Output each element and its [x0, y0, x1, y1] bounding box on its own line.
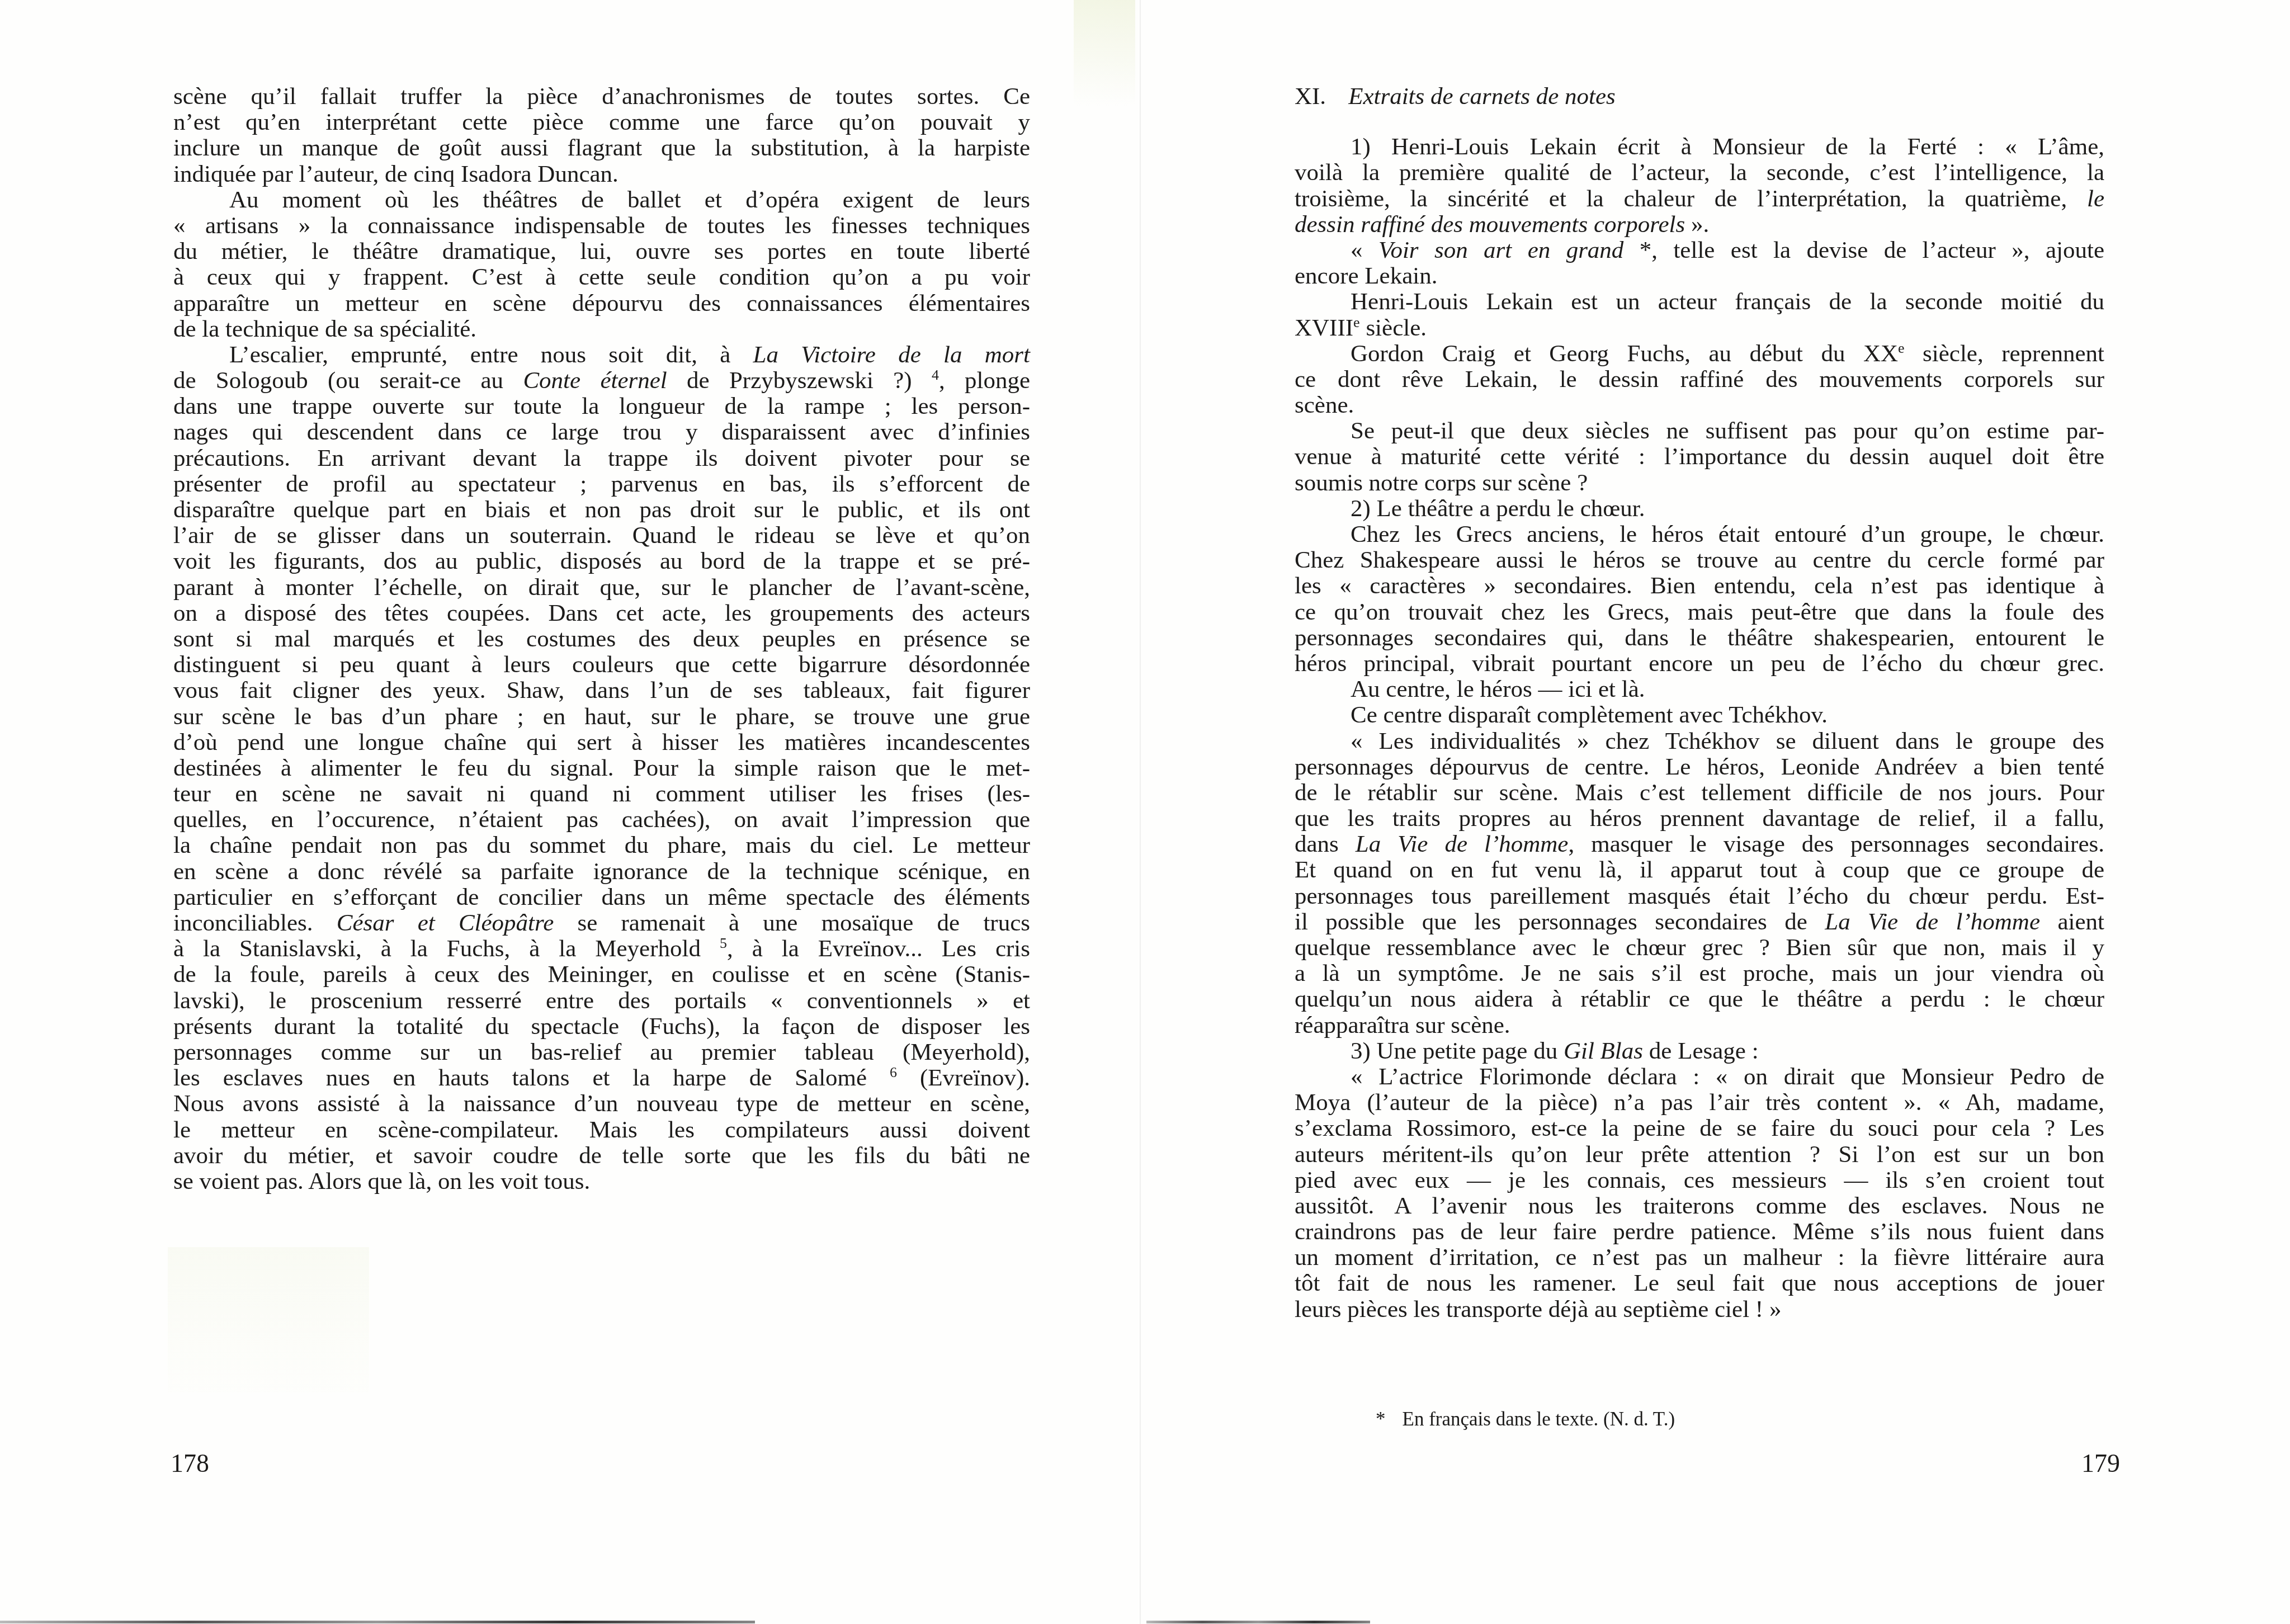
text-line: a là un symptôme. Je ne sais s’il est pr… — [1295, 961, 2104, 986]
text-line: voit les figurants, dos au public, dispo… — [173, 549, 1030, 574]
text-line: d’où pend une longue chaîne qui sert à h… — [173, 730, 1030, 756]
text-line: leurs pièces les transporte déjà au sept… — [1295, 1297, 2104, 1323]
text-line: particulier en s’efforçant de concilier … — [173, 885, 1030, 910]
text-line: que les traits propres au héros prennent… — [1295, 806, 2104, 832]
right-page: XI.Extraits de carnets de notes 1) Henri… — [1145, 0, 2290, 1624]
text-line: se voient pas. Alors que là, on les voit… — [173, 1169, 1030, 1195]
text-line: 1) Henri-Louis Lekain écrit à Monsieur d… — [1295, 134, 2104, 160]
text-line: personnages tous pareillement masqués ét… — [1295, 884, 2104, 909]
text-line: teur en scène ne savait ni quand ni comm… — [173, 781, 1030, 807]
text-line: le metteur en scène-compilateur. Mais le… — [173, 1117, 1030, 1143]
right-page-body: XI.Extraits de carnets de notes 1) Henri… — [1295, 84, 2104, 1323]
text-line: venue à maturité cette vérité : l’import… — [1295, 444, 2104, 470]
title-victoire: La Victoire de la mort — [753, 342, 1030, 368]
text-line: on a disposé des têtes coupées. Dans cet… — [173, 601, 1030, 626]
text-line: troisième, la sincérité et la chaleur de… — [1295, 186, 2104, 212]
text-line: destinées à alimenter le feu du signal. … — [173, 756, 1030, 781]
text-line: ce qu’on trouvait chez les Grecs, mais p… — [1295, 599, 2104, 625]
text-line: Moya (l’auteur de la pièce) n’a pas l’ai… — [1295, 1090, 2104, 1116]
text-line: disparaître quelque part en biais et non… — [173, 497, 1030, 523]
text-line: Chez Shakespeare aussi le héros se trouv… — [1295, 547, 2104, 573]
text-line: soumis notre corps sur scène ? — [1295, 470, 2104, 496]
text-line: personnages comme sur un bas-relief au p… — [173, 1040, 1030, 1065]
text-line: du métier, le théâtre dramatique, lui, o… — [173, 239, 1030, 265]
text-line: apparaître un metteur en scène dépourvu … — [173, 291, 1030, 317]
text-line: dessin raffiné des mouvements corporels … — [1295, 212, 2104, 238]
footnote-ref-4[interactable]: 4 — [932, 367, 939, 383]
text-line: présenter de profil au spectateur ; parv… — [173, 471, 1030, 497]
section-number: XI. — [1295, 83, 1326, 110]
text-line: présents durant la totalité du spectacle… — [173, 1014, 1030, 1040]
footnote-text: En français dans le texte. (N. d. T.) — [1403, 1408, 1675, 1430]
text-line: Nous avons assisté à la naissance d’un n… — [173, 1091, 1030, 1117]
text-line: en scène a donc révélé sa parfaite ignor… — [173, 859, 1030, 885]
text-line: Gordon Craig et Georg Fuchs, au début du… — [1295, 341, 2104, 367]
text-line: de Sologoub (ou serait-ce au Conte étern… — [173, 368, 1030, 394]
text-line: pied avec eux — je les connais, ces mess… — [1295, 1168, 2104, 1193]
text-line: indiquée par l’auteur, de cinq Isadora D… — [173, 162, 1030, 187]
section-heading: XI.Extraits de carnets de notes — [1295, 84, 2104, 110]
text-line: tôt fait de nous les ramener. Le seul fa… — [1295, 1271, 2104, 1296]
text-line: sur scène le bas d’un phare ; en haut, s… — [173, 704, 1030, 730]
text-line: quelqu’un nous aidera à rétablir ce que … — [1295, 986, 2104, 1012]
text-line: dans une trappe ouverte sur toute la lon… — [173, 394, 1030, 419]
text-line: de la technique de sa spécialité. — [173, 317, 1030, 342]
text-line: Au moment où les théâtres de ballet et d… — [173, 187, 1030, 213]
text-line: Se peut-il que deux siècles ne suffisent… — [1295, 418, 2104, 444]
text-line: de la foule, pareils à ceux des Meininge… — [173, 962, 1030, 988]
text-line: il possible que les personnages secondai… — [1295, 909, 2104, 935]
text-line: dans La Vie de l’homme, masquer le visag… — [1295, 832, 2104, 857]
text-line: scène. — [1295, 393, 2104, 418]
text-line: à ceux qui y frappent. C’est à cette seu… — [173, 265, 1030, 290]
page-number-right: 179 — [2081, 1448, 2120, 1478]
title-cesar: César et Cléopâtre — [337, 910, 554, 936]
text-line: encore Lekain. — [1295, 263, 2104, 289]
text-line: les « caractères » secondaires. Bien ent… — [1295, 573, 2104, 599]
text-line: de le rétablir sur scène. Mais c’est tel… — [1295, 780, 2104, 806]
scan-edge — [0, 1621, 755, 1623]
text-line: aussitôt. A l’avenir nous les traiterons… — [1295, 1193, 2104, 1219]
text-line: « Voir son art en grand *, telle est la … — [1295, 238, 2104, 263]
text-line: Chez les Grecs anciens, le héros était e… — [1295, 522, 2104, 547]
text-line: inconciliables. César et Cléopâtre se ra… — [173, 910, 1030, 936]
text-line: L’escalier, emprunté, entre nous soit di… — [173, 342, 1030, 368]
text-line: quelque ressemblance avec le chœur grec … — [1295, 935, 2104, 961]
footnote: *En français dans le texte. (N. d. T.) — [1376, 1408, 1675, 1431]
footnote-ref-6[interactable]: 6 — [890, 1064, 897, 1080]
text-line: s’exclama Rossimoro, est-ce la peine de … — [1295, 1116, 2104, 1141]
text-line: Et quand on en fut venu là, il apparut t… — [1295, 857, 2104, 883]
text-line: l’air de se glisser dans un souterrain. … — [173, 523, 1030, 549]
text-line: Au centre, le héros — ici et là. — [1295, 677, 2104, 702]
left-page-body: scène qu’il fallait truffer la pièce d’a… — [173, 84, 1030, 1195]
title-conte: Conte éternel — [523, 367, 667, 394]
text-line: craindrons pas de leur faire perdre pati… — [1295, 1219, 2104, 1245]
text-line: nages qui descendent dans ce large trou … — [173, 419, 1030, 445]
text-line: auteurs méritent-ils qu’on leur prête at… — [1295, 1142, 2104, 1168]
text-line: vous fait cligner des yeux. Shaw, dans l… — [173, 678, 1030, 704]
text-line: sont si mal marqués et les costumes des … — [173, 626, 1030, 652]
text-line: les esclaves nues en hauts talons et la … — [173, 1065, 1030, 1091]
title-gil-blas: Gil Blas — [1564, 1038, 1643, 1064]
quote-italic: dessin raffiné des mouvements corporels — [1295, 211, 1685, 238]
quote-italic: Voir son art en grand — [1378, 237, 1623, 263]
title-vie-homme: La Vie de l’homme — [1356, 831, 1569, 857]
page-number-left: 178 — [171, 1448, 209, 1478]
text-line: inclure un manque de goût aussi flagrant… — [173, 135, 1030, 161]
text-line: précautions. En arrivant devant la trapp… — [173, 446, 1030, 471]
text-line: réapparaîtra sur scène. — [1295, 1013, 2104, 1038]
text-line: avoir du métier, et savoir coudre de tel… — [173, 1143, 1030, 1169]
text-line: lavski), le proscenium resserré entre de… — [173, 988, 1030, 1014]
footnote-ref-5[interactable]: 5 — [720, 935, 727, 951]
text-line: parant à monter l’échelle, on dirait que… — [173, 575, 1030, 601]
text-line: scène qu’il fallait truffer la pièce d’a… — [173, 84, 1030, 110]
text-line: n’est qu’en interprétant cette pièce com… — [173, 110, 1030, 135]
text-line: quelles, en l’occurence, n’étaient pas c… — [173, 807, 1030, 833]
text-line: distinguent si peu quant à leurs couleur… — [173, 652, 1030, 678]
text-line: ce dont rêve Lekain, le dessin raffiné d… — [1295, 367, 2104, 393]
title-vie-homme: La Vie de l’homme — [1825, 909, 2040, 935]
scan-edge — [1146, 1621, 1370, 1623]
text-line: « artisans » la connaissance indispensab… — [173, 213, 1030, 239]
text-line: héros principal, vibrait pourtant encore… — [1295, 651, 2104, 677]
text-line: personnages dépourvus de centre. Le héro… — [1295, 754, 2104, 780]
text-line: personnages secondaires qui, dans le thé… — [1295, 625, 2104, 651]
text-line: « L’actrice Florimonde déclara : « on di… — [1295, 1064, 2104, 1090]
text-line: XVIIIe siècle. — [1295, 315, 2104, 341]
text-line: à la Stanislavski, à la Fuchs, à la Meye… — [173, 936, 1030, 962]
bleed-through-text — [168, 1247, 369, 1392]
section-title: Extraits de carnets de notes — [1348, 83, 1616, 110]
text-line: Ce centre disparaît complètement avec Tc… — [1295, 702, 2104, 728]
footnote-ref-star[interactable]: * — [1623, 237, 1651, 263]
footnote-marker: * — [1376, 1408, 1386, 1430]
text-line: un moment d’irritation, ce n’est pas un … — [1295, 1245, 2104, 1271]
text-line: Henri-Louis Lekain est un acteur françai… — [1295, 289, 2104, 315]
text-line: « Les individualités » chez Tchékhov se … — [1295, 729, 2104, 754]
text-line: la chaîne pendait non pas du sommet du p… — [173, 833, 1030, 858]
left-page: scène qu’il fallait truffer la pièce d’a… — [0, 0, 1145, 1624]
text-line: 3) Une petite page du Gil Blas de Lesage… — [1295, 1038, 2104, 1064]
text-line: 2) Le théâtre a perdu le chœur. — [1295, 496, 2104, 522]
text-line: voilà la première qualité de l’acteur, l… — [1295, 160, 2104, 186]
